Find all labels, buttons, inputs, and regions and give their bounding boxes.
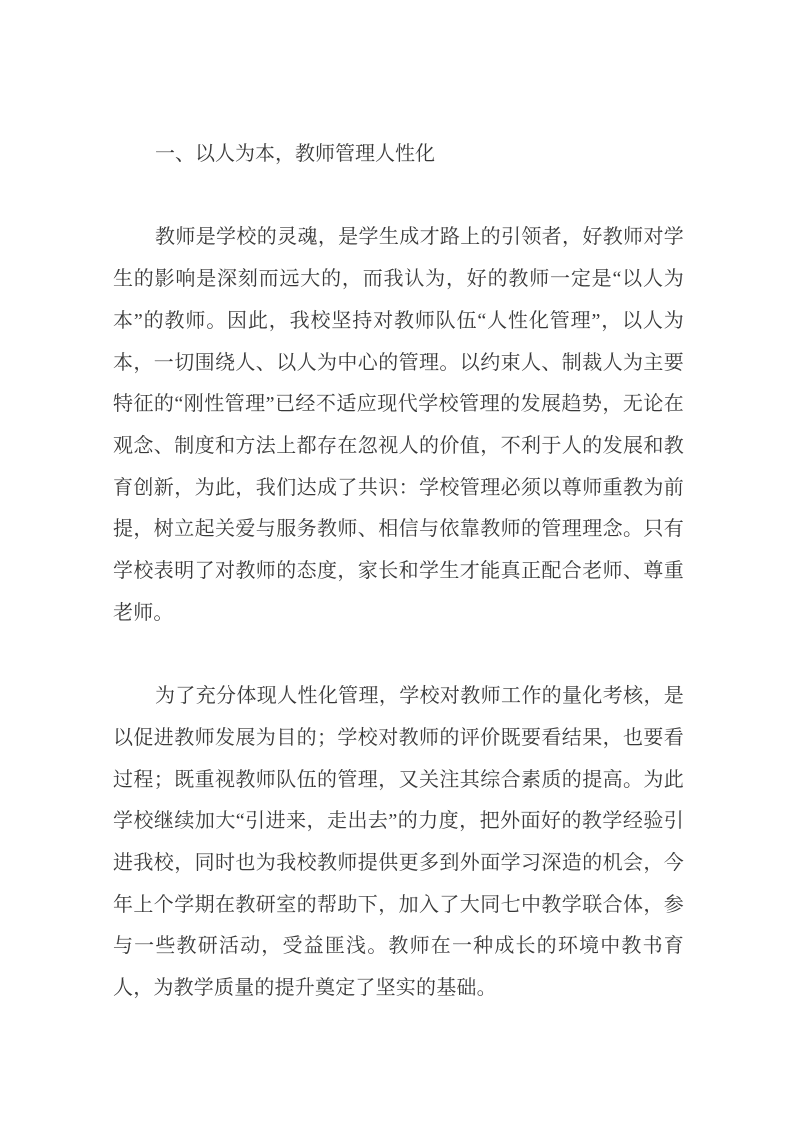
paragraph-1: 教师是学校的灵魂，是学生成才路上的引领者，好教师对学生的影响是深刻而远大的，而我… — [113, 217, 684, 634]
paragraph-2: 为了充分体现人性化管理，学校对教师工作的量化考核，是以促进教师发展为目的；学校对… — [113, 676, 684, 1010]
document-page: 一、以人为本，教师管理人性化 教师是学校的灵魂，是学生成才路上的引领者，好教师对… — [0, 0, 793, 1122]
section-heading: 一、以人为本，教师管理人性化 — [113, 134, 684, 176]
